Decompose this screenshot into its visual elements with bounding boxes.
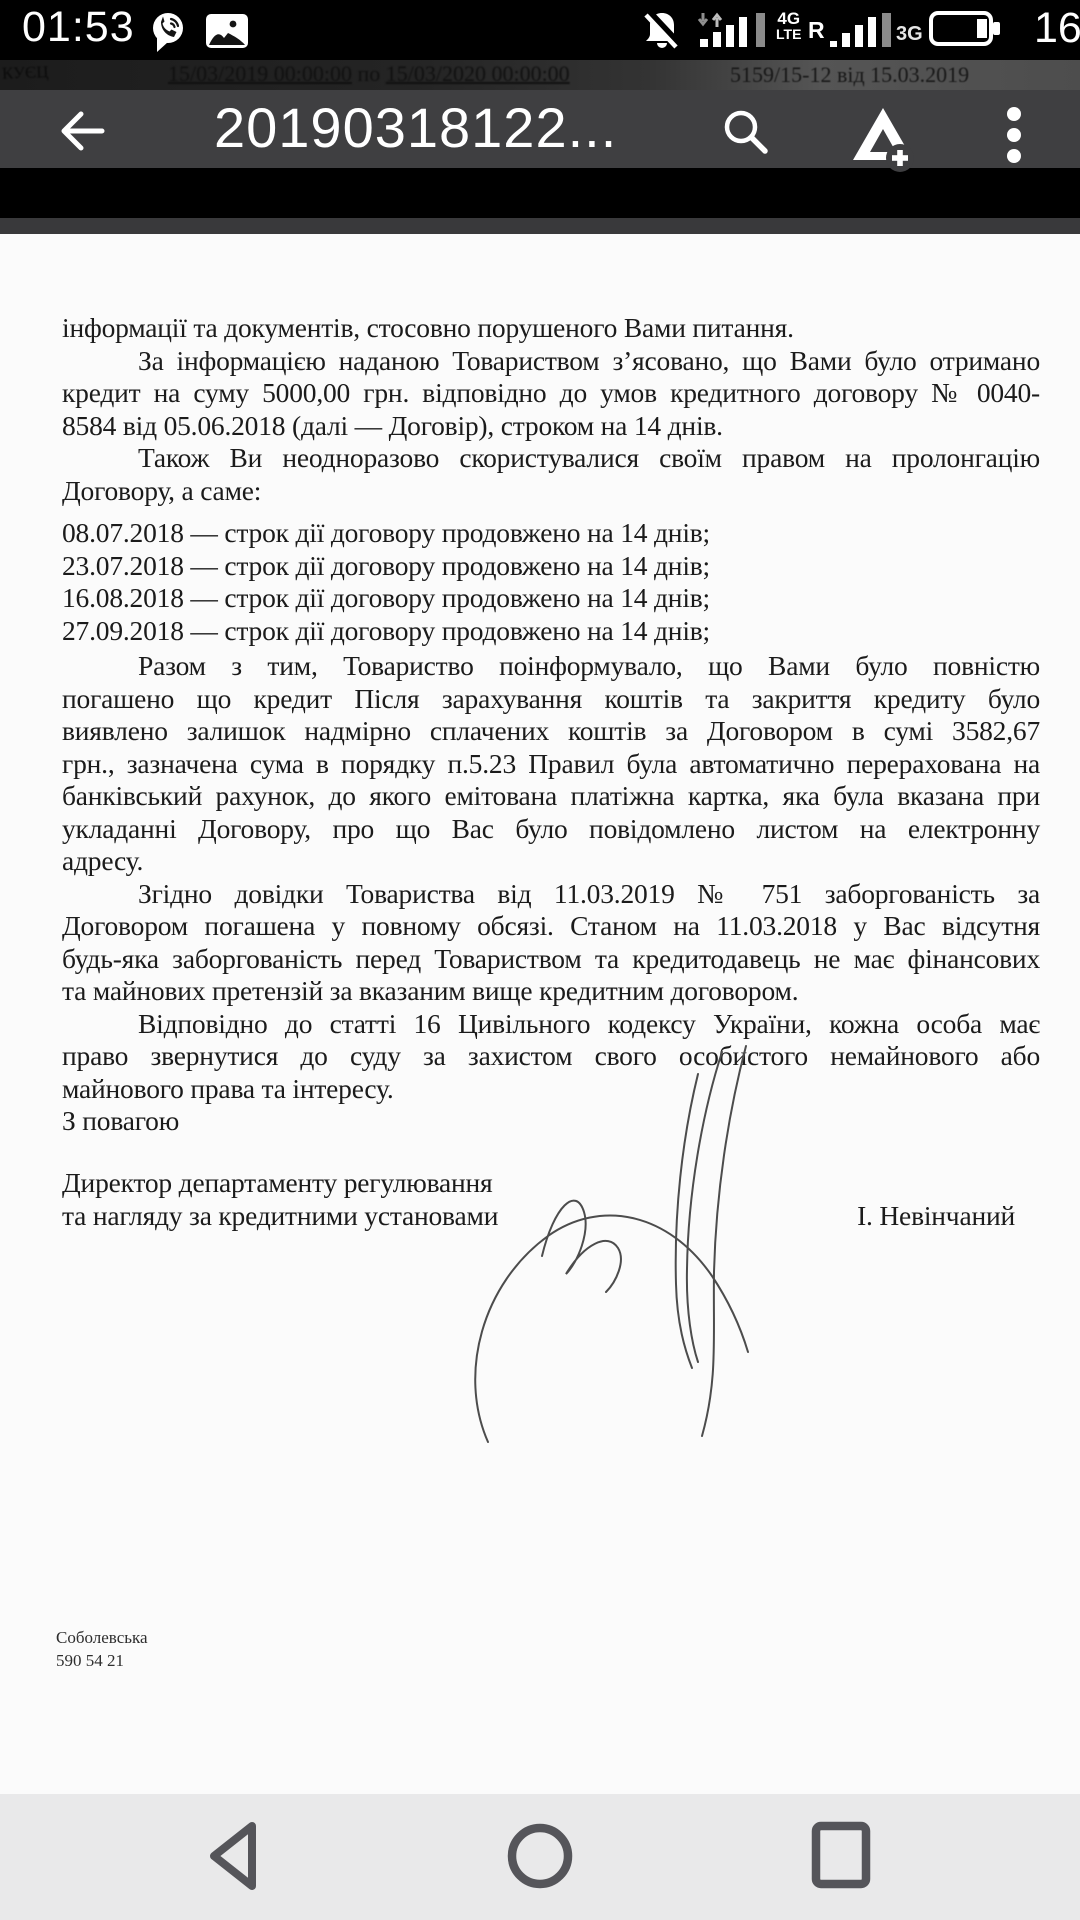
search-icon[interactable]	[720, 106, 772, 158]
signal-bars-icon	[700, 13, 768, 47]
document-line: 08.07.2018 — строк дії договору продовже…	[62, 517, 1040, 550]
document-line: погашено що кредит Після зарахування кош…	[62, 683, 1040, 716]
peek-period-from: 15/03/2019 00:00:00	[168, 61, 352, 86]
document-line: Договору, а саме:	[62, 475, 1040, 508]
document-line: укладанні Договору, про що Вас було пові…	[62, 813, 1040, 846]
document-line: 8584 від 05.06.2018 (далі — Договір), ст…	[62, 410, 1040, 443]
document-line: 16.08.2018 — строк дії договору продовже…	[62, 582, 1040, 615]
peek-period-text: 15/03/2019 00:00:00 по 15/03/2020 00:00:…	[168, 61, 570, 87]
document-line: інформації та документів, стосовно поруш…	[62, 312, 1040, 345]
signal-bars-icon	[830, 13, 892, 47]
document-peek-strip: КУЄЦ 15/03/2019 00:00:00 по 15/03/2020 0…	[0, 60, 1080, 90]
phone-screen: 01:53	[0, 0, 1080, 1920]
document-footer: Соболевська 590 54 21	[56, 1626, 148, 1672]
network-type-label-2: 3G	[896, 23, 923, 46]
document-line: та майнових претензій за вказаним вище к…	[62, 975, 1040, 1008]
footer-name: Соболевська	[56, 1626, 148, 1649]
handwritten-signature	[430, 1044, 780, 1444]
document-line: 23.07.2018 — строк дії договору продовже…	[62, 550, 1040, 583]
roaming-badge: R	[808, 17, 825, 44]
home-circle-icon[interactable]	[500, 1816, 580, 1896]
overflow-menu-icon[interactable]	[994, 102, 1034, 168]
network-type-label: 4G LTE	[776, 11, 801, 41]
document-line: Разом з тим, Товариство поінформувало, щ…	[62, 650, 1040, 683]
peek-stamp-mark: КУЄЦ	[2, 62, 49, 84]
document-line: грн., зазначена сума в порядку п.5.23 Пр…	[62, 748, 1040, 781]
battery-percent: 16	[1034, 5, 1080, 51]
recents-square-icon[interactable]	[802, 1816, 882, 1896]
back-triangle-icon[interactable]	[198, 1816, 278, 1896]
battery-icon	[928, 9, 1004, 49]
document-title: 20190318122...	[214, 96, 617, 160]
viewer-background-gap	[0, 168, 1080, 218]
peek-period-sep: по	[357, 61, 380, 86]
peek-reference-number: 5159/15-12 від 15.03.2019	[730, 62, 969, 88]
status-bar: 01:53	[0, 0, 1080, 60]
notifications-muted-icon	[640, 8, 684, 52]
document-line: кредит на суму 5000,00 грн. відповідно д…	[62, 377, 1040, 410]
document-line: Договором погашена у повному обсязі. Ста…	[62, 910, 1040, 943]
page-edge-shadow	[0, 218, 1080, 234]
app-toolbar: 20190318122...	[0, 90, 1080, 168]
document-line: виявлено залишок надмірно сплачених кошт…	[62, 715, 1040, 748]
document-line: 27.09.2018 — строк дії договору продовже…	[62, 615, 1040, 648]
document-line: Відповідно до статті 16 Цивільного кодек…	[62, 1008, 1040, 1041]
clock: 01:53	[22, 4, 135, 50]
signatory-name: І. Невінчаний	[857, 1199, 1040, 1232]
document-line: банківський рахунок, до якого емітована …	[62, 780, 1040, 813]
peek-period-to: 15/03/2020 00:00:00	[386, 61, 570, 86]
document-line: За інформацією наданою Товариством з’ясо…	[62, 345, 1040, 378]
document-line: адресу.	[62, 845, 1040, 878]
document-line: Згідно довідки Товариства від 11.03.2019…	[62, 878, 1040, 911]
pdf-page[interactable]: інформації та документів, стосовно поруш…	[0, 234, 1080, 1794]
navigation-bar	[0, 1794, 1080, 1920]
document-line: будь-яка заборгованість перед Товариство…	[62, 943, 1040, 976]
add-to-drive-icon[interactable]	[850, 106, 916, 172]
viber-icon	[150, 12, 188, 54]
gallery-icon	[206, 14, 248, 48]
back-arrow-icon[interactable]	[56, 104, 110, 158]
document-line: Також Ви неодноразово скористувалися сво…	[62, 442, 1040, 475]
footer-phone: 590 54 21	[56, 1649, 148, 1672]
